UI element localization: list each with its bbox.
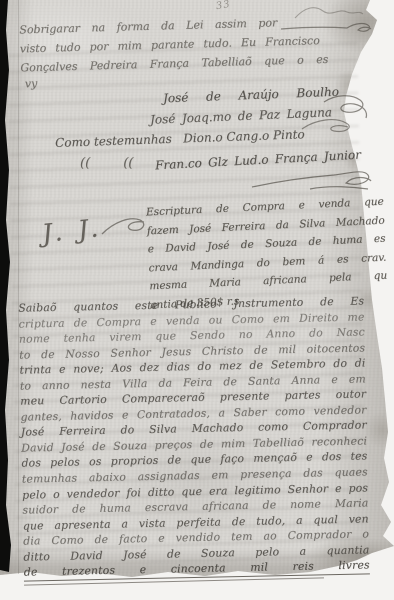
dash-flourish-icon <box>281 20 373 36</box>
signature-paraph-icon <box>300 115 356 137</box>
rubric-flourish-icon <box>100 214 148 248</box>
deed-body-block: Saibaõ quantos este Publico Jnstrumento … <box>18 293 370 581</box>
manuscript-scan: 33 Sobrigarar na forma da Lei assim por … <box>0 0 394 600</box>
left-crease-line <box>18 0 19 574</box>
signature-paraph-icon <box>250 163 374 193</box>
ditto-marks: (( (( <box>80 156 133 171</box>
